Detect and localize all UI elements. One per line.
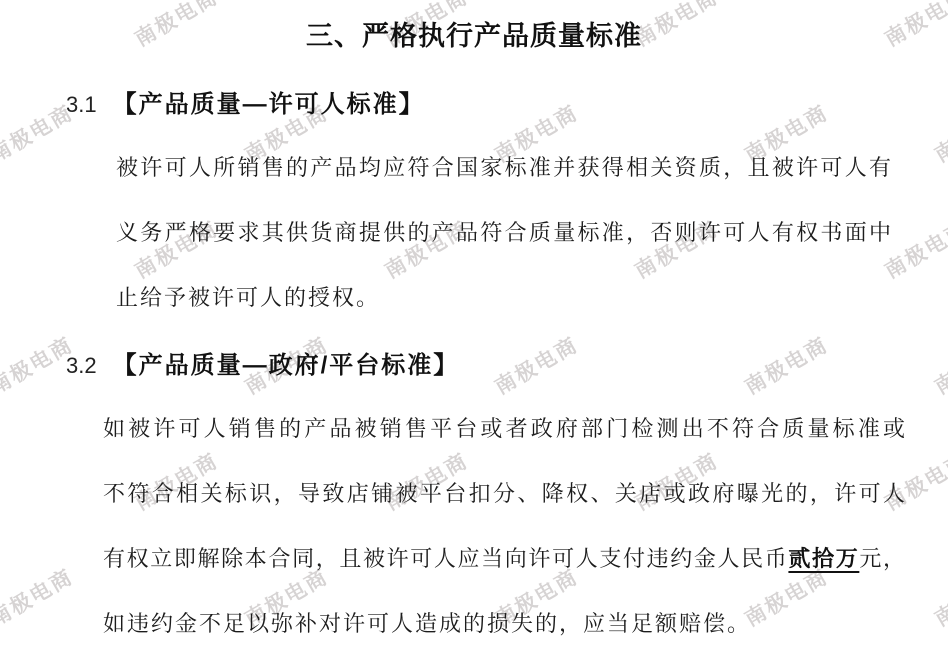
clause-3-2-row: 3.2【产品质量—政府/平台标准】 [66, 345, 459, 380]
clause-heading: 【产品质量—政府/平台标准】 [113, 352, 460, 379]
contract-page: 南极电商南极电商南极电商南极电商南极电商南极电商南极电商南极电商南极电商南极电商… [0, 0, 948, 654]
paragraph-line: 如违约金不足以弥补对许可人造成的损失的，应当足额赔偿。 [103, 607, 905, 638]
paragraph-line: 如被许可人销售的产品被销售平台或者政府部门检测出不符合质量标准或 [103, 412, 905, 443]
penalty-line-prefix: 有权立即解除本合同，且被许可人应当向许可人支付违约金人民币 [103, 546, 788, 571]
section-title: 三、严格执行产品质量标准 [0, 14, 948, 53]
watermark-text: 南极电商 [0, 561, 78, 633]
clause-heading: 【产品质量—许可人标准】 [113, 91, 425, 118]
penalty-amount: 贰拾万 [788, 546, 859, 571]
paragraph-line: 不符合相关标识，导致店铺被平台扣分、降权、关店或政府曝光的，许可人 [103, 477, 905, 508]
clause-number: 3.2 [66, 353, 97, 378]
clause-3-1-row: 3.1【产品质量—许可人标准】 [66, 84, 425, 119]
paragraph-line: 止给予被许可人的授权。 [116, 281, 891, 312]
watermark-text: 南极电商 [739, 329, 834, 401]
watermark-text: 南极电商 [929, 97, 948, 169]
paragraph-line: 义务严格要求其供货商提供的产品符合质量标准，否则许可人有权书面中 [116, 216, 891, 247]
watermark-text: 南极电商 [929, 561, 948, 633]
clause-number: 3.1 [66, 92, 97, 117]
watermark-text: 南极电商 [489, 329, 584, 401]
penalty-line: 有权立即解除本合同，且被许可人应当向许可人支付违约金人民币贰拾万元， [103, 542, 905, 573]
paragraph-line: 被许可人所销售的产品均应符合国家标准并获得相关资质，且被许可人有 [116, 151, 891, 182]
penalty-line-suffix: 元， [859, 546, 905, 571]
watermark-text: 南极电商 [929, 329, 948, 401]
